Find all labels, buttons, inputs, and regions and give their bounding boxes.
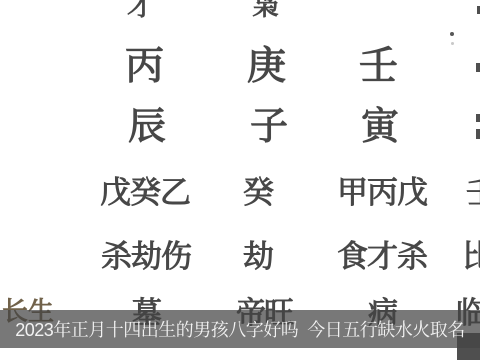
hidden-ten-gods-hour-clipped: 比 — [462, 241, 480, 272]
hidden-ten-gods-year: 杀劫伤 — [101, 241, 191, 272]
stem-day: 壬 — [359, 47, 398, 86]
stem-year: 丙 — [125, 47, 164, 86]
clipped-character-fragment — [476, 114, 480, 122]
hidden-stems-day: 甲丙戊 — [337, 177, 427, 208]
clipped-character-fragment — [476, 129, 480, 139]
hidden-stems-month: 癸 — [243, 177, 273, 208]
branch-month: 子 — [250, 108, 288, 146]
ten-god-month: 枭 — [252, 0, 279, 20]
hidden-stems-year: 戊癸乙 — [100, 177, 190, 208]
hidden-ten-gods-month: 劫 — [243, 241, 273, 272]
branch-day: 寅 — [361, 108, 399, 146]
speck-dot-dark — [450, 32, 454, 36]
stem-month: 庚 — [247, 47, 286, 86]
ten-god-year: 才 — [127, 0, 154, 20]
hidden-ten-gods-day: 食才杀 — [337, 241, 427, 272]
bazi-chart-image: 才 枭 丙 庚 壬 辰 子 寅 戊癸乙 癸 甲丙戊 壬 杀劫伤 劫 食才杀 比 … — [0, 0, 480, 360]
clipped-character-fragment — [476, 63, 480, 72]
caption-text: 2023年正月十四出生的男孩八字好吗 今日五行缺水火取名 — [0, 310, 480, 348]
hidden-stems-hour-clipped: 壬 — [466, 177, 480, 208]
speck-dot-light — [451, 42, 454, 45]
branch-year: 辰 — [128, 108, 166, 146]
